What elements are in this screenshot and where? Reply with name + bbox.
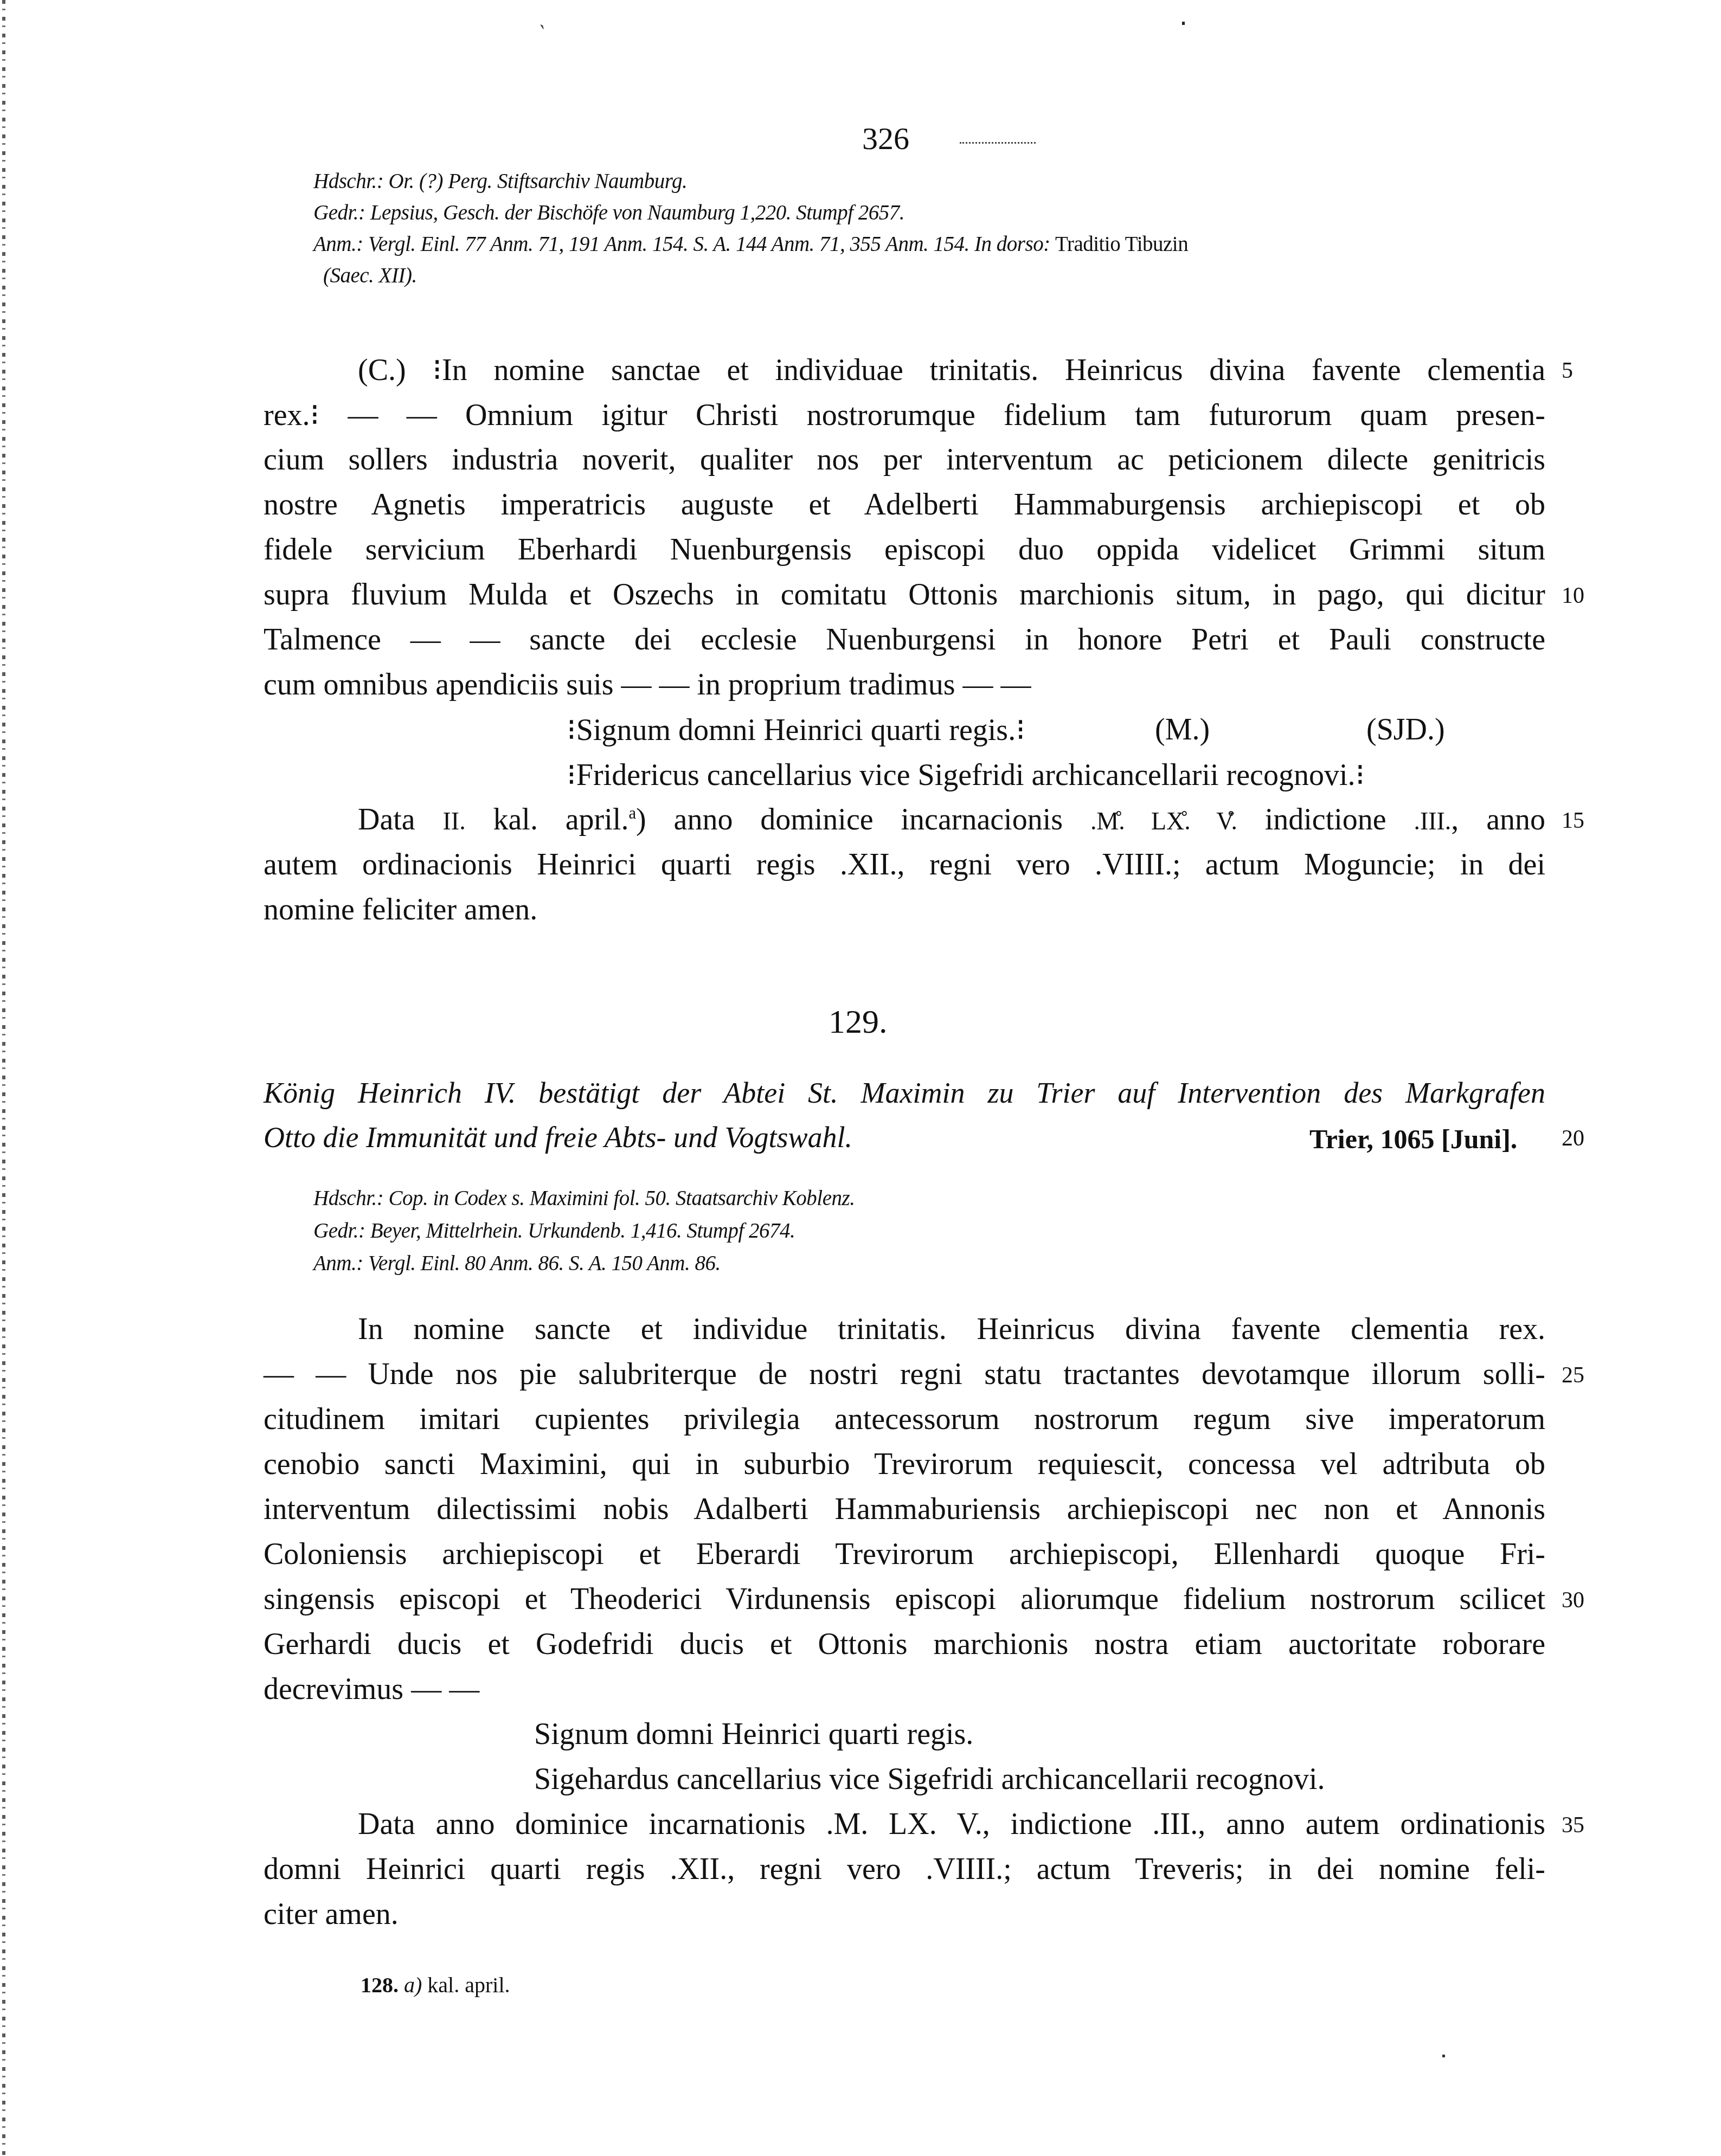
dating-day: II.: [443, 807, 466, 835]
text-line: (C.) ⁝In nomine sanctae et individuae tr…: [358, 352, 1545, 388]
page-number-rule: [960, 142, 1036, 144]
dating-line: autem ordinacionis Heinrici quarti regis…: [264, 847, 1545, 882]
apparatus-text: Vergl. Einl. 80 Anm. 86. S. A. 150 Anm. …: [368, 1252, 721, 1275]
seal-mark: (SJD.): [1366, 712, 1445, 747]
dating-year: .M̊. LX̊. V̊.: [1090, 807, 1237, 835]
apparatus-text: Cop. in Codex s. Maximini fol. 50. Staat…: [389, 1187, 855, 1210]
text-line: Coloniensis archiepiscopi et Eberardi Tr…: [264, 1537, 1545, 1572]
page-number: 326: [862, 120, 909, 157]
line-number: 15: [1562, 808, 1584, 834]
footnote: 128. a) kal. april.: [361, 1972, 510, 1998]
footnote-doc-ref: 128.: [361, 1973, 399, 1997]
text-line: cium sollers industria noverit, qualiter…: [264, 442, 1545, 477]
signum-line: ⁝Signum domni Heinrici quarti regis.⁝: [567, 712, 1025, 748]
text-line: decrevimus — —: [264, 1672, 479, 1707]
dating-line: domni Heinrici quarti regis .XII., regni…: [264, 1852, 1545, 1887]
monogram-mark: (M.): [1155, 712, 1210, 747]
dating-line: citer amen.: [264, 1897, 399, 1932]
footnote-marker: a): [404, 1973, 422, 1997]
apparatus-text: (Saec. XII).: [323, 264, 417, 287]
scan-left-edge-artifact: [2, 0, 5, 2156]
text-line: Gerhardi ducis et Godefridi ducis et Ott…: [264, 1627, 1545, 1662]
line-number: 20: [1562, 1125, 1584, 1151]
dating-text: indictione: [1237, 803, 1414, 836]
recognition-line: ⁝Fridericus cancellarius vice Sigefridi …: [567, 757, 1365, 793]
footnote-marker: a: [628, 804, 636, 822]
dating-text: kal. april.: [493, 803, 629, 836]
text-line: cenobio sancti Maximini, qui in suburbio…: [264, 1447, 1545, 1482]
apparatus-notes-continued: (Saec. XII).: [323, 263, 417, 288]
apparatus-text: Or. (?) Perg. Stiftsarchiv Naumburg.: [389, 170, 688, 193]
text-line: cum omnibus apendiciis suis — — in propr…: [264, 667, 1031, 702]
apparatus-text: Beyer, Mittelrhein. Urkundenb. 1,416. St…: [370, 1219, 795, 1243]
apparatus-manuscript: Hdschr.: Or. (?) Perg. Stiftsarchiv Naum…: [313, 169, 687, 194]
apparatus-label: Gedr.:: [313, 201, 365, 224]
text-line: nostre Agnetis imperatricis auguste et A…: [264, 487, 1545, 522]
dating-line: nomine feliciter amen.: [264, 892, 537, 927]
regest-heading: Otto die Immunität und freie Abts- und V…: [264, 1121, 852, 1154]
line-number: 30: [1562, 1587, 1584, 1613]
text-line: supra fluvium Mulda et Oszechs in comita…: [264, 577, 1545, 612]
line-number: 35: [1562, 1812, 1584, 1838]
apparatus-label: Hdschr.:: [313, 170, 383, 193]
apparatus-notes: Anm.: Vergl. Einl. 80 Anm. 86. S. A. 150…: [313, 1251, 721, 1276]
scan-speck: [1442, 2055, 1445, 2057]
apparatus-dorsal-note: Traditio Tibuzin: [1055, 233, 1188, 256]
apparatus-text: Vergl. Einl. 77 Anm. 71, 191 Anm. 154. S…: [368, 233, 1050, 256]
apparatus-label: Anm.:: [313, 1252, 363, 1275]
line-number: 25: [1562, 1362, 1584, 1388]
document-number: 129.: [829, 1003, 888, 1041]
apparatus-manuscript: Hdschr.: Cop. in Codex s. Maximini fol. …: [313, 1186, 855, 1211]
text-line: citudinem imitari cupientes privilegia a…: [264, 1402, 1545, 1437]
apparatus-printed: Gedr.: Beyer, Mittelrhein. Urkundenb. 1,…: [313, 1219, 795, 1243]
apparatus-label: Anm.:: [313, 233, 363, 256]
apparatus-printed: Gedr.: Lepsius, Gesch. der Bischöfe von …: [313, 201, 904, 225]
signum-line: Signum domni Heinrici quarti regis.: [534, 1717, 973, 1752]
line-number: 5: [1562, 358, 1573, 384]
dating-indiction: .III.: [1414, 807, 1452, 835]
scan-speck: [1182, 22, 1185, 25]
text-line: rex.⁝ — — Omnium igitur Christi nostroru…: [264, 397, 1545, 433]
place-date: Trier, 1065 [Juni].: [1309, 1123, 1517, 1155]
text-line: In nomine sancte et individue trinitatis…: [358, 1312, 1545, 1347]
text-line: singensis episcopi et Theoderici Virdune…: [264, 1582, 1545, 1617]
text-line: fidele servicium Eberhardi Nuenburgensis…: [264, 532, 1545, 567]
text-line: — — Unde nos pie salubriterque de nostri…: [264, 1357, 1545, 1392]
dating-text: Data: [358, 803, 415, 836]
dating-text: , anno: [1451, 803, 1545, 836]
text-line: interventum dilectissimi nobis Adalberti…: [264, 1492, 1545, 1527]
apparatus-text: Lepsius, Gesch. der Bischöfe von Naumbur…: [370, 201, 904, 224]
footnote-text: kal. april.: [427, 1973, 510, 1997]
apparatus-notes: Anm.: Vergl. Einl. 77 Anm. 71, 191 Anm. …: [313, 232, 1188, 256]
line-number: 10: [1562, 583, 1584, 609]
regest-heading: König Heinrich IV. bestätigt der Abtei S…: [264, 1076, 1545, 1110]
text-line: Talmence — — sancte dei ecclesie Nuenbur…: [264, 622, 1545, 657]
dating-line: Data anno dominice incarnationis .M. LX.…: [358, 1807, 1545, 1842]
apparatus-label: Hdschr.:: [313, 1187, 383, 1210]
scan-mark-tick: ˏ: [538, 4, 554, 30]
apparatus-label: Gedr.:: [313, 1219, 365, 1243]
dating-line: Data II. kal. april.a) anno dominice inc…: [358, 802, 1545, 837]
recognition-line: Sigehardus cancellarius vice Sigefridi a…: [534, 1762, 1325, 1797]
dating-text: ) anno dominice incarnacionis: [636, 803, 1063, 836]
